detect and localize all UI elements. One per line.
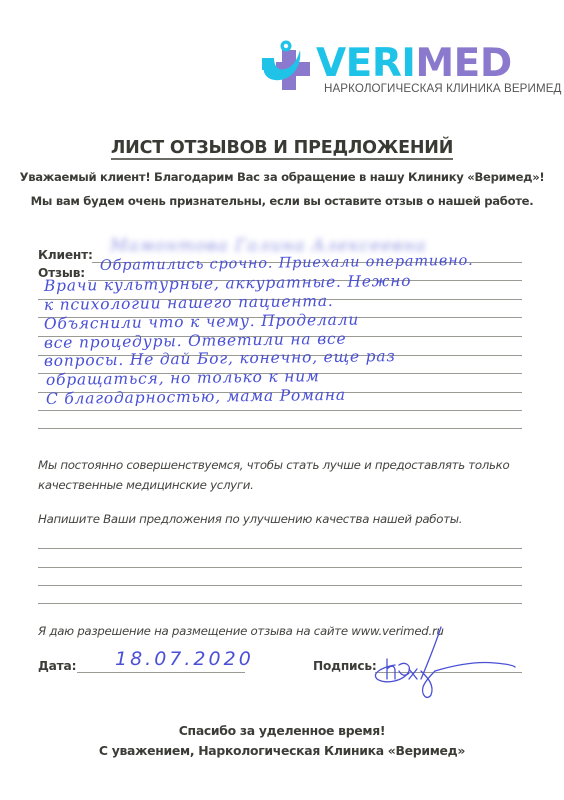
clinic-wordmark: VERIMED: [316, 44, 512, 84]
intro-request: Мы вам будем очень признательны, если вы…: [0, 194, 564, 208]
suggestion-line-3[interactable]: [38, 585, 522, 586]
improvement-note-line2: качественные медицинские услуги.: [38, 478, 254, 492]
date-label: Дата:: [38, 659, 76, 673]
improvement-note-line1: Мы постоянно совершенствуемся, чтобы ста…: [38, 458, 509, 472]
date-field-line: [77, 672, 245, 673]
client-label: Клиент:: [38, 248, 93, 262]
review-text-line: вопросы. Не дай Бог, конечно, еще раз: [44, 347, 396, 370]
client-name-redacted: Мамонтова Галина Алексеевна: [110, 236, 427, 256]
suggestion-line-1[interactable]: [38, 548, 522, 549]
form-title-wrap: ЛИСТ ОТЗЫВОВ И ПРЕДЛОЖЕНИЙ: [0, 138, 564, 158]
suggestion-line-2[interactable]: [38, 567, 522, 568]
intro-greeting: Уважаемый клиент! Благодарим Вас за обра…: [0, 170, 564, 184]
wordmark-veri: VERI: [316, 41, 415, 86]
date-value: 18.07.2020: [115, 648, 254, 670]
clinic-logo-icon: [258, 38, 318, 94]
clinic-subtitle: НАРКОЛОГИЧЕСКАЯ КЛИНИКА ВЕРИМЕД: [324, 82, 561, 95]
review-text-line: Врачи культурные, аккуратные. Нежно: [44, 272, 412, 295]
review-text-line: обращаться, но только к ним: [46, 367, 320, 389]
suggestions-prompt: Напишите Ваши предложения по улучшению к…: [38, 512, 462, 526]
handwritten-signature-icon: [365, 625, 525, 700]
form-title: ЛИСТ ОТЗЫВОВ И ПРЕДЛОЖЕНИЙ: [111, 138, 453, 160]
review-text-line: С благодарностью, мама Романа: [46, 386, 346, 408]
wordmark-med: MED: [415, 41, 511, 86]
closing-regards: С уважением, Наркологическая Клиника «Ве…: [0, 743, 564, 758]
review-line-9: [38, 428, 522, 429]
review-line-8: [38, 410, 522, 411]
closing-thanks: Спасибо за уделенное время!: [0, 723, 564, 738]
suggestion-line-4[interactable]: [38, 603, 522, 604]
